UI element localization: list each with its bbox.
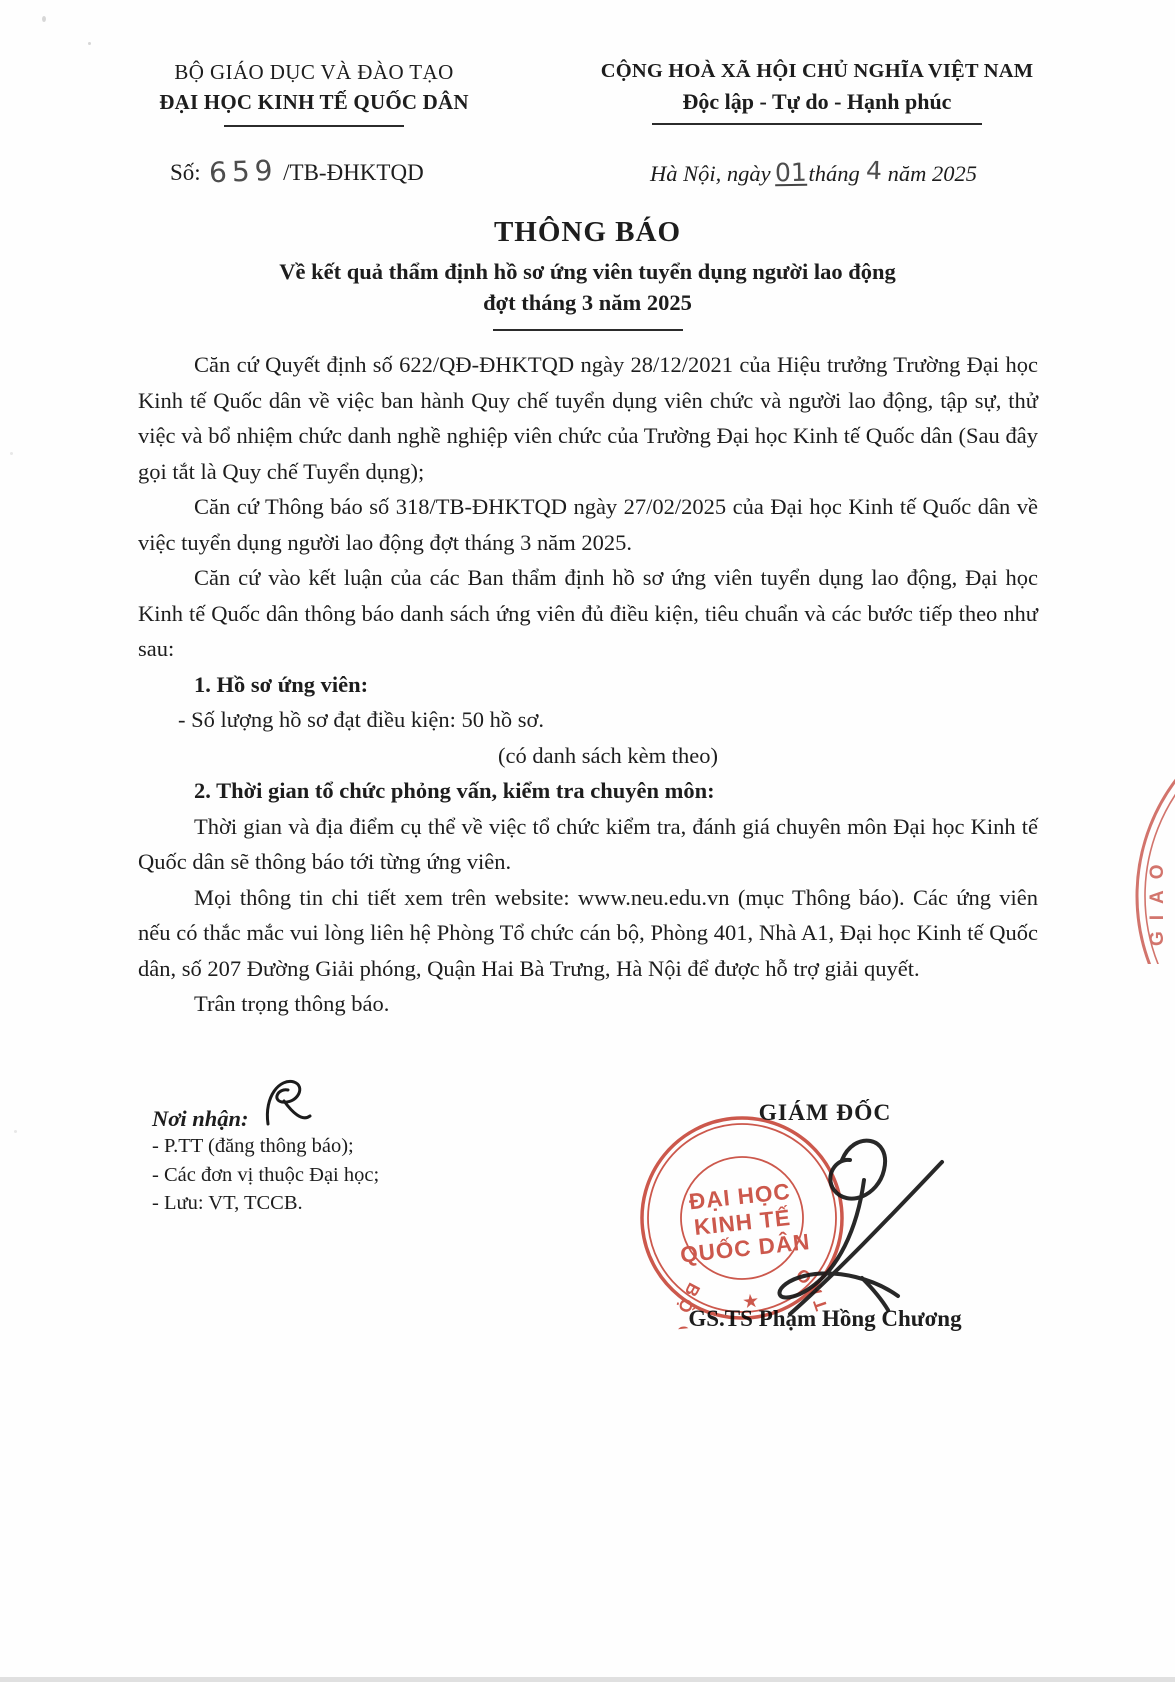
handwritten-month: 4 [865,156,882,186]
notice-subtitle-line1: Về kết quả thẩm định hồ sơ ứng viên tuyể… [0,256,1175,287]
ministry-name: BỘ GIÁO DỤC VÀ ĐÀO TẠO [128,60,500,85]
org-divider [224,125,404,127]
university-name: ĐẠI HỌC KINH TẾ QUỐC DÂN [128,90,500,115]
title-divider [493,329,683,331]
place-date-line: Hà Nội, ngày01tháng4năm 2025 [650,158,977,187]
edge-overlap-stamp: GIAO [1079,756,1175,964]
national-motto: Độc lập - Tự do - Hạnh phúc [578,89,1056,115]
closing-line: Trân trọng thông báo. [138,986,1038,1022]
date-prefix: Hà Nội, ngày [650,161,771,186]
issuing-org-block: BỘ GIÁO DỤC VÀ ĐÀO TẠO ĐẠI HỌC KINH TẾ Q… [128,60,500,127]
paragraph-interview-info: Thời gian và địa điểm cụ thể về việc tổ … [138,809,1038,880]
paragraph-legal-basis-3: Căn cứ vào kết luận của các Ban thẩm địn… [138,560,1038,667]
attached-list-note: (có danh sách kèm theo) [178,738,1038,774]
recipient-item: - Lưu: VT, TCCB. [152,1189,379,1218]
recipients-block: Nơi nhận: - P.TT (đăng thông báo); - Các… [152,1090,379,1218]
recipient-item: - P.TT (đăng thông báo); [152,1132,379,1161]
scan-speck [14,1130,17,1133]
notice-title: THÔNG BÁO [0,216,1175,249]
doc-number-prefix: Số: [170,160,201,185]
national-header-block: CỘNG HOÀ XÃ HỘI CHỦ NGHĨA VIỆT NAM Độc l… [578,60,1056,125]
section-2-heading: 2. Thời gian tổ chức phỏng vấn, kiểm tra… [138,773,1038,809]
handwritten-day: 01 [774,162,806,187]
scan-edge-strip [0,1677,1175,1682]
section-1-heading: 1. Hồ sơ ứng viên: [138,667,1038,703]
recipients-label: Nơi nhận: [152,1106,248,1132]
scan-speck [88,42,91,45]
recipient-item: - Các đơn vị thuộc Đại học; [152,1161,379,1190]
initials-signature [254,1074,316,1132]
doc-number-handwritten: 659 [208,154,278,189]
country-name: CỘNG HOÀ XÃ HỘI CHỦ NGHĨA VIỆT NAM [578,60,1056,83]
paragraph-legal-basis-1: Căn cứ Quyết định số 622/QĐ-ĐHKTQD ngày … [138,347,1038,489]
date-suffix: năm 2025 [888,161,977,186]
date-mid: tháng [808,161,859,186]
paragraph-legal-basis-2: Căn cứ Thông báo số 318/TB-ĐHKTQD ngày 2… [138,489,1038,560]
edge-stamp-letters: GIAO [1147,853,1168,946]
motto-divider [652,123,982,125]
doc-number-suffix: /TB-ĐHKTQD [283,160,424,185]
edge-stamp-graphic: GIAO [1079,756,1175,964]
director-signature [742,1128,962,1328]
scanned-document-page: BỘ GIÁO DỤC VÀ ĐÀO TẠO ĐẠI HỌC KINH TẾ Q… [0,0,1175,1682]
notice-title-block: THÔNG BÁO Về kết quả thẩm định hồ sơ ứng… [0,216,1175,331]
dossier-count-line: - Số lượng hồ sơ đạt điều kiện: 50 hồ sơ… [138,702,1038,738]
notice-body: Căn cứ Quyết định số 622/QĐ-ĐHKTQD ngày … [138,347,1038,1022]
paragraph-contact-info: Mọi thông tin chi tiết xem trên website:… [138,880,1038,987]
director-signature-graphic [742,1128,962,1328]
scan-speck [10,452,13,455]
doc-number-line: Số:659/TB-ĐHKTQD [170,154,424,187]
scan-speck [42,16,46,22]
recipients-header: Nơi nhận: [152,1090,379,1132]
notice-subtitle-line2: đợt tháng 3 năm 2025 [0,287,1175,318]
